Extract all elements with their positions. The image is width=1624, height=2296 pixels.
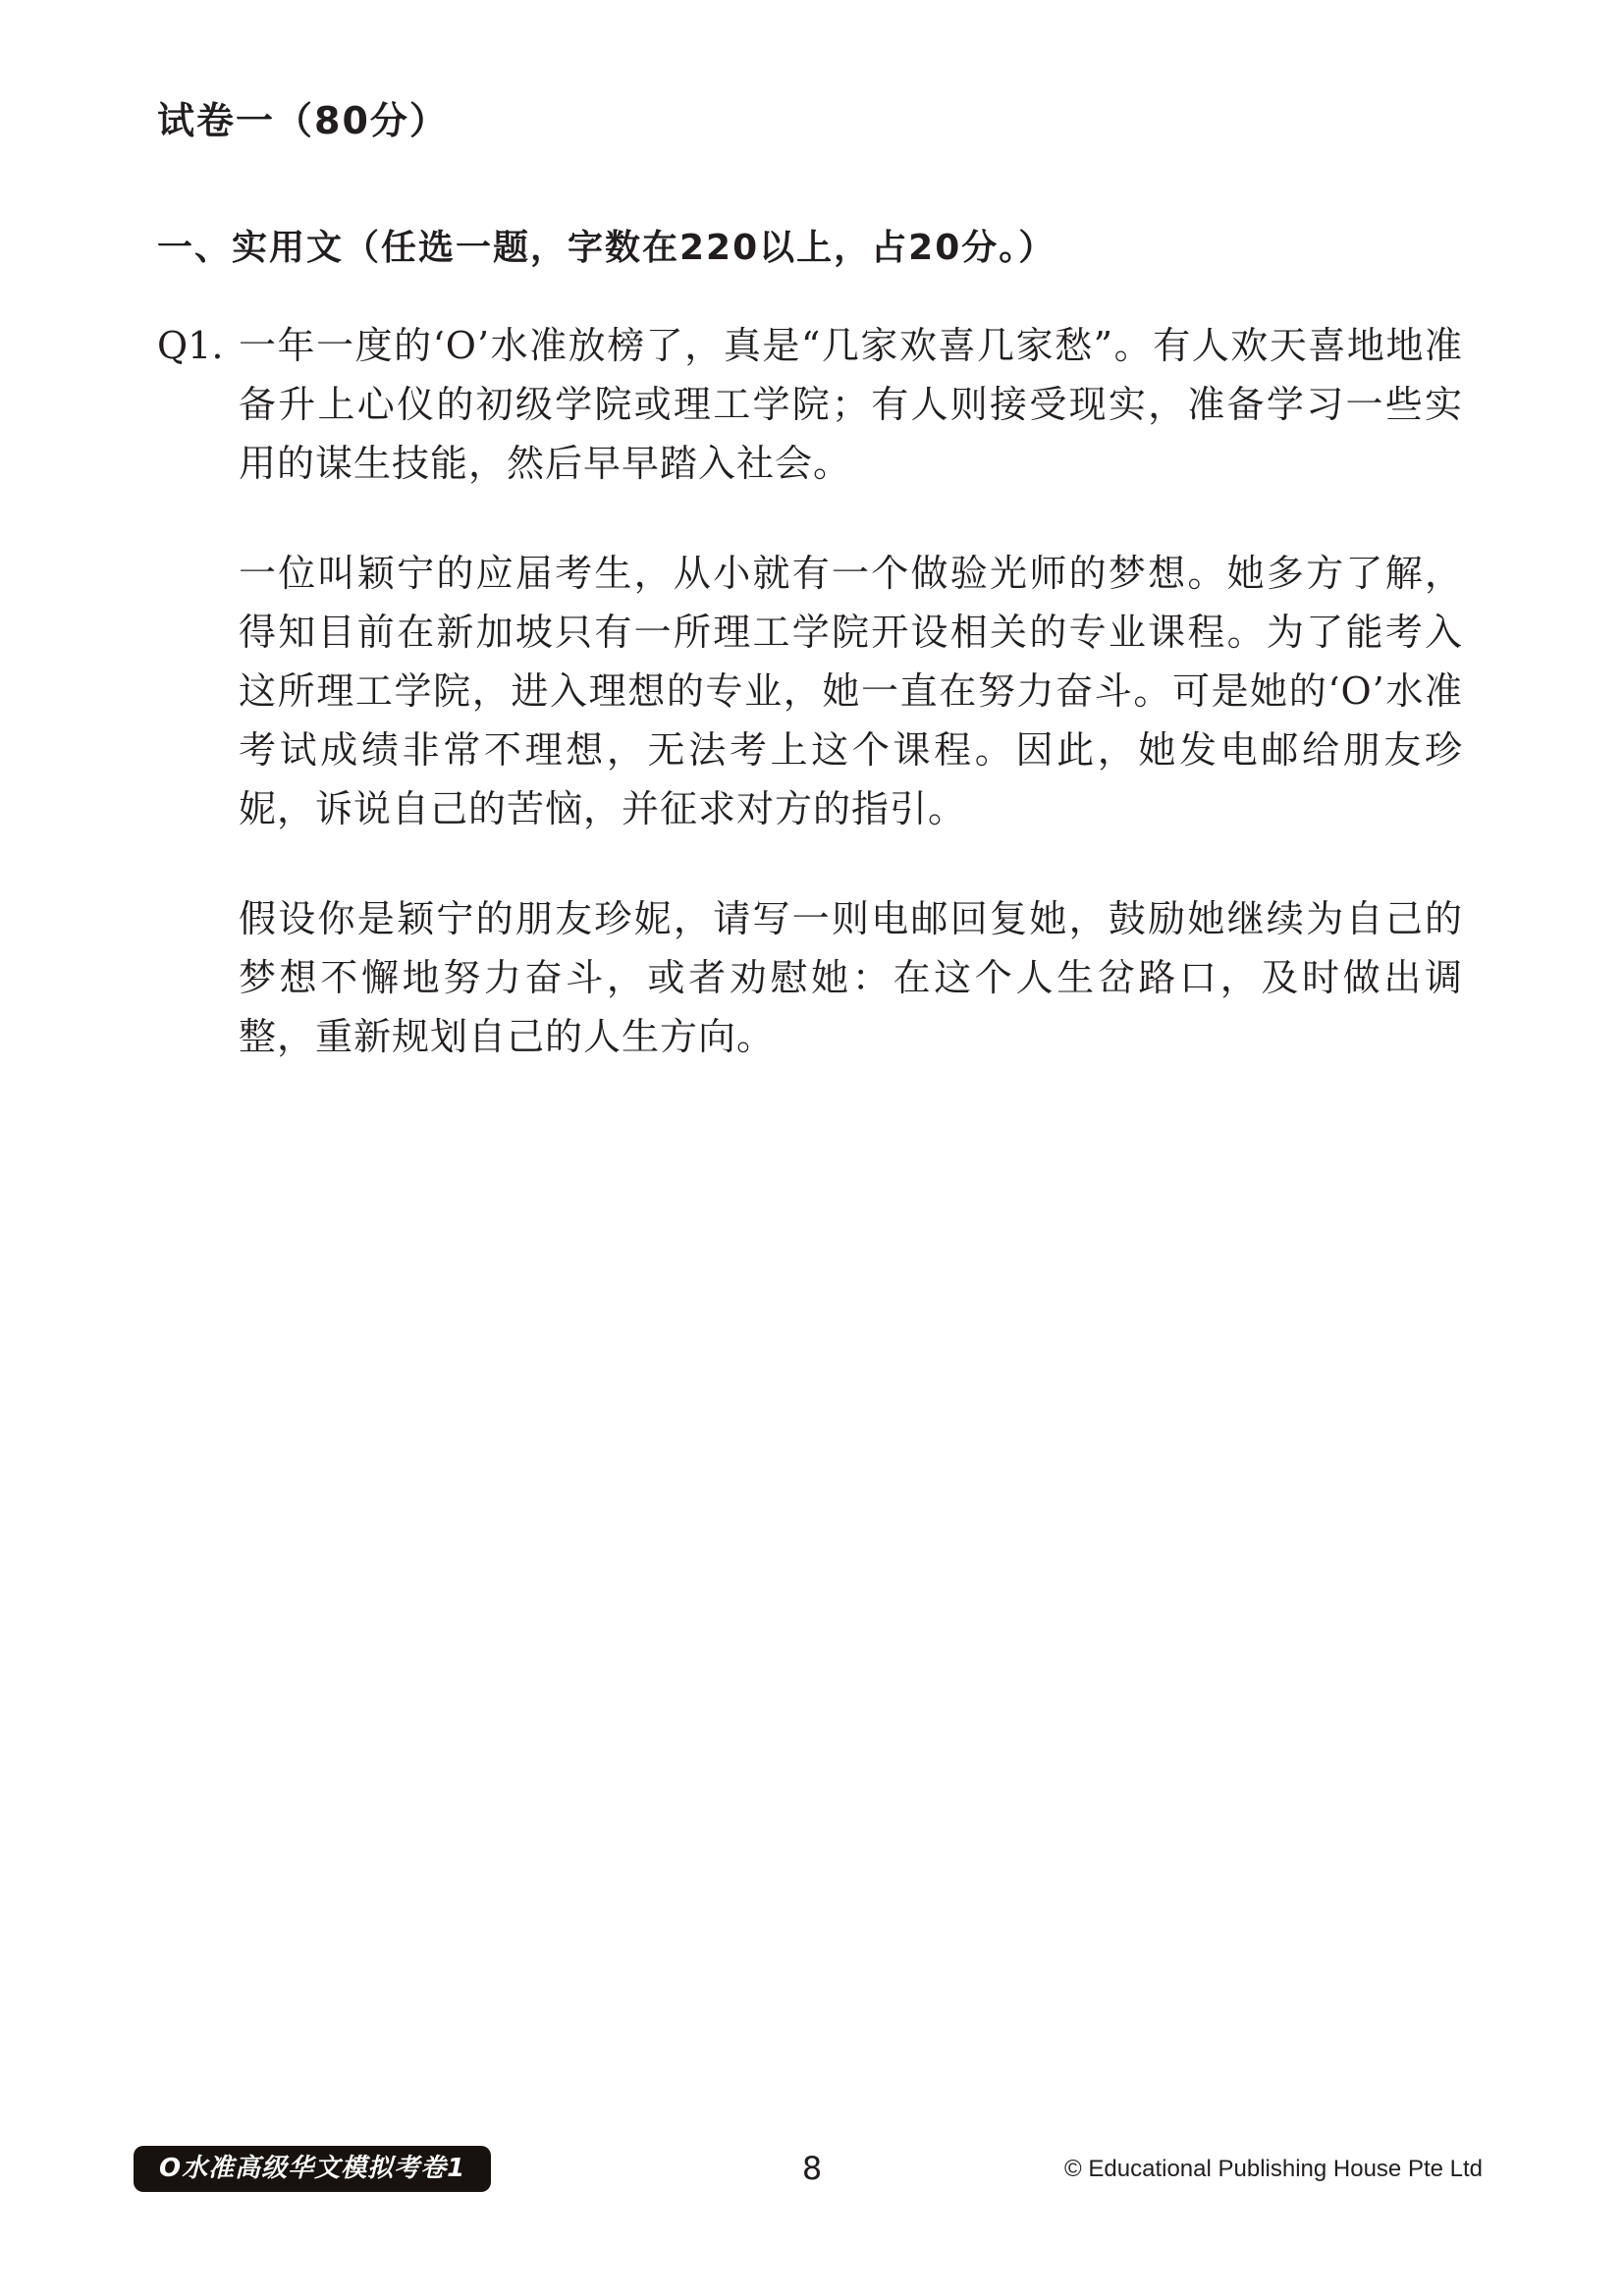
question-q1: Q1. 一年一度的‘O’水准放榜了，真是“几家欢喜几家愁”。有人欢天喜地地准备升… <box>157 316 1463 1117</box>
question-paragraph-3: 假设你是颖宁的朋友珍妮，请写一则电邮回复她，鼓励她继续为自己的梦想不懈地努力奋斗… <box>239 889 1463 1066</box>
question-paragraph-2: 一位叫颖宁的应届考生，从小就有一个做验光师的梦想。她多方了解，得知目前在新加坡只… <box>239 544 1463 838</box>
paper-title: 试卷一（80分） <box>157 90 449 144</box>
exam-page: 试卷一（80分） 一、实用文（任选一题，字数在220以上，占20分。） Q1. … <box>0 0 1624 2296</box>
question-label: Q1. <box>157 316 223 375</box>
section-heading: 一、实用文（任选一题，字数在220以上，占20分。） <box>157 220 1056 270</box>
question-paragraph-1: 一年一度的‘O’水准放榜了，真是“几家欢喜几家愁”。有人欢天喜地地准备升上心仪的… <box>239 316 1463 493</box>
page-footer: O水准高级华文模拟考卷1 8 © Educational Publishing … <box>0 2146 1624 2205</box>
copyright-text: © Educational Publishing House Pte Ltd <box>1064 2156 1483 2183</box>
question-body: 一年一度的‘O’水准放榜了，真是“几家欢喜几家愁”。有人欢天喜地地准备升上心仪的… <box>239 316 1463 1066</box>
